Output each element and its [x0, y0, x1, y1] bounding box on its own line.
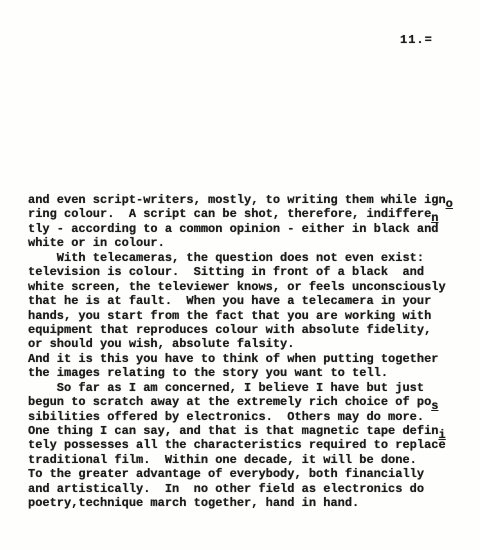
text-line-content: sibilities offered by electronics. Other…: [28, 410, 424, 424]
text-line: poetry,technique march together, hand in…: [28, 496, 468, 510]
text-line-content: tely possesses all the characteristics r…: [28, 438, 446, 452]
text-line-content: and even script-writers, mostly, to writ…: [28, 193, 446, 207]
text-line-content: tly - according to a common opinion - ei…: [28, 222, 438, 236]
text-line: white or in colour.: [28, 236, 468, 250]
text-line-content: white or in colour.: [28, 236, 165, 250]
text-line: With telecameras, the question does not …: [28, 251, 468, 265]
text-line: the images relating to the story you wan…: [28, 366, 468, 380]
text-line-content: And it is this you have to think of when…: [28, 352, 438, 366]
dropped-character: o: [446, 197, 453, 211]
text-line: hands, you start from the fact that you …: [28, 309, 468, 323]
text-line-content: and artistically. In no other field as e…: [28, 482, 424, 496]
text-line: or should you wish, absolute falsity.: [28, 337, 468, 351]
text-line: ring colour. A script can be shot, there…: [28, 207, 468, 221]
text-line: equipment that reproduces colour with ab…: [28, 323, 468, 337]
dropped-character: n: [431, 211, 438, 225]
text-line-content: the images relating to the story you wan…: [28, 366, 388, 380]
text-line-content: hands, you start from the fact that you …: [28, 309, 431, 323]
text-line: And it is this you have to think of when…: [28, 352, 468, 366]
text-line-content: begun to scratch away at the extremely r…: [28, 395, 431, 409]
typescript-page: 11.= and even script-writers, mostly, to…: [0, 0, 480, 550]
text-line-content: that he is at fault. When you have a tel…: [28, 294, 431, 308]
text-line-content: poetry,technique march together, hand in…: [28, 496, 359, 510]
text-line: tely possesses all the characteristics r…: [28, 438, 468, 452]
text-line: sibilities offered by electronics. Other…: [28, 410, 468, 424]
text-line-content: One thing I can say, and that is that ma…: [28, 424, 438, 438]
text-line-content: So far as I am concerned, I believe I ha…: [28, 381, 424, 395]
text-line-content: With telecameras, the question does not …: [28, 251, 424, 265]
text-line: begun to scratch away at the extremely r…: [28, 395, 468, 409]
text-line-content: equipment that reproduces colour with ab…: [28, 323, 431, 337]
text-line: that he is at fault. When you have a tel…: [28, 294, 468, 308]
dropped-character: i: [438, 428, 445, 442]
text-line-content: ring colour. A script can be shot, there…: [28, 207, 431, 221]
text-line: To the greater advantage of everybody, b…: [28, 467, 468, 481]
text-line-content: white screen, the televiewer knows, or f…: [28, 280, 446, 294]
text-line-content: To the greater advantage of everybody, b…: [28, 467, 424, 481]
text-line-content: or should you wish, absolute falsity.: [28, 337, 294, 351]
text-line: So far as I am concerned, I believe I ha…: [28, 381, 468, 395]
text-line: traditional film. Within one decade, it …: [28, 453, 468, 467]
text-line-content: traditional film. Within one decade, it …: [28, 453, 417, 467]
text-line: One thing I can say, and that is that ma…: [28, 424, 468, 438]
text-line: tly - according to a common opinion - ei…: [28, 222, 468, 236]
text-line: television is colour. Sitting in front o…: [28, 265, 468, 279]
page-number: 11.=: [400, 33, 433, 47]
text-line: and artistically. In no other field as e…: [28, 482, 468, 496]
text-line: white screen, the televiewer knows, or f…: [28, 280, 468, 294]
dropped-character: s: [431, 399, 438, 413]
text-line: and even script-writers, mostly, to writ…: [28, 193, 468, 207]
typescript-body: and even script-writers, mostly, to writ…: [28, 193, 468, 511]
text-line-content: television is colour. Sitting in front o…: [28, 265, 424, 279]
